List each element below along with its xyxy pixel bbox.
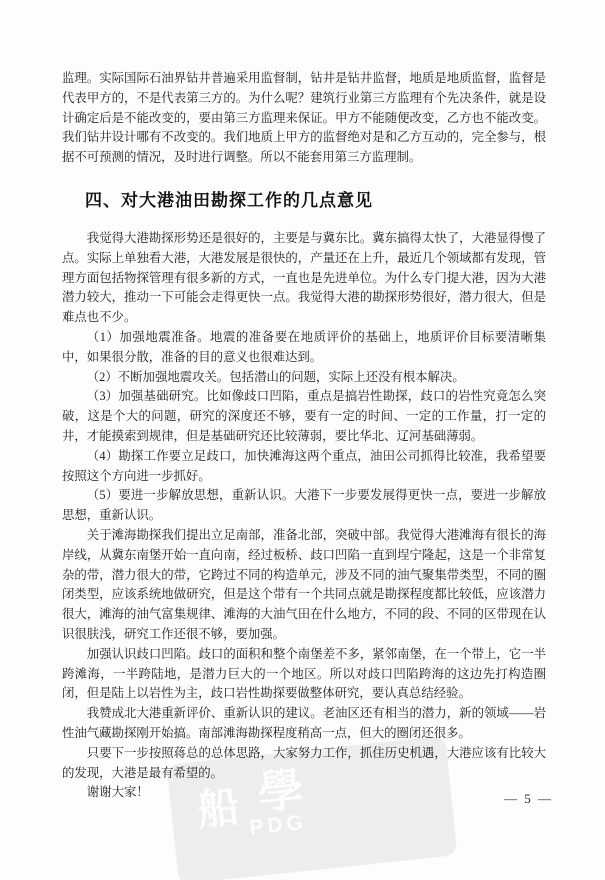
body-paragraph: （4）勘探工作要立足歧口，加快滩海这两个重点，油田公司抓得比较准，我希望要按照这… [62,447,546,487]
body-paragraph: （5）要进一步解放思想，重新认识。大港下一步要发展得更快一点，要进一步解放思想，… [62,486,546,526]
body-paragraph: （3）加强基础研究。比如像歧口凹陷，重点是搞岩性勘探，歧口的岩性究竟怎么突破，这… [62,387,546,446]
pdg-watermark-label: PDG [248,811,308,841]
leading-paragraph: 监理。实际国际石油界钻井普遍采用监督制，钻井是钻井监督，地质是地质监督，监督是代… [62,69,546,168]
body-paragraph: 我觉得大港勘探形势还是很好的，主要是与冀东比。冀东搞得太快了，大港显得慢了点。实… [62,229,546,328]
scanned-page: 船 學 PDG 监理。实际国际石油界钻井普遍采用监督制，钻井是钻井监督，地质是地… [0,0,605,880]
body-paragraphs: 我觉得大港勘探形势还是很好的，主要是与冀东比。冀东搞得太快了，大港显得慢了点。实… [62,229,546,803]
body-paragraph: （1）加强地震准备。地震的准备要在地质评价的基础上，地质评价目标要清晰集中，如果… [62,328,546,368]
body-paragraph: 关于滩海勘探我们提出立足南部，准备北部，突破中部。我觉得大港滩海有很长的海岸线，… [62,526,546,645]
body-paragraph: 加强认识歧口凹陷。歧口的面积和整个南堡差不多，紧邻南堡，在一个带上，它一半跨滩海… [62,645,546,704]
body-paragraph: 我赞成北大港重新评价、重新认识的建议。老油区还有相当的潜力，新的领域——岩性油气… [62,704,546,744]
body-paragraph: 谢谢大家！ [62,783,546,803]
page-number: — 5 — [504,791,553,807]
body-paragraph: 只要下一步按照蒋总的总体思路，大家努力工作，抓住历史机遇，大港应该有比较大的发现… [62,744,546,784]
section-heading: 四、对大港油田勘探工作的几点意见 [62,190,546,212]
page-text-block: 监理。实际国际石油界钻井普遍采用监督制，钻井是钻井监督，地质是地质监督，监督是代… [62,69,546,803]
body-paragraph: （2）不断加强地震攻关。包括潜山的问题，实际上还没有根本解决。 [62,368,546,388]
